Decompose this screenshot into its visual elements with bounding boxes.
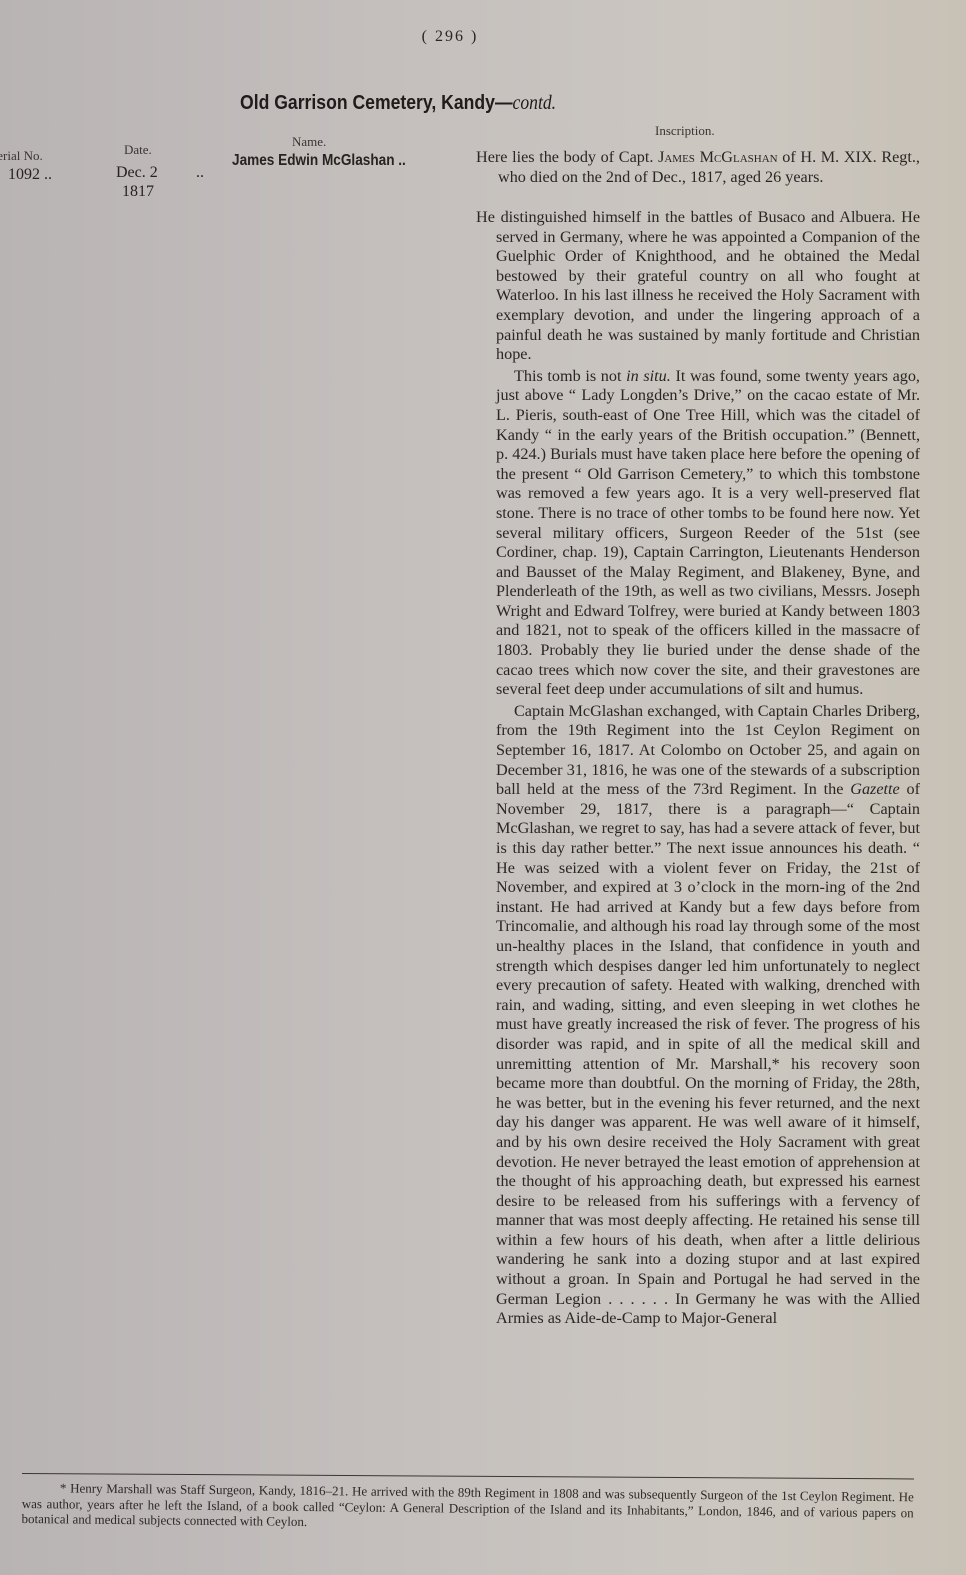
page-title: Old Garrison Cemetery, Kandy—contd. xyxy=(240,92,556,115)
date-leader-dots: .. xyxy=(196,164,204,182)
footnote-divider xyxy=(22,1473,914,1479)
footnote-text: * Henry Marshall was Staff Surgeon, Kand… xyxy=(22,1480,914,1536)
inscription-name: James McGlashan xyxy=(658,148,778,166)
serial-column-header: Serial No. xyxy=(0,148,43,164)
title-contd: contd. xyxy=(513,92,557,114)
inscription: Here lies the body of Capt. James McGlas… xyxy=(476,147,920,187)
note-paragraph-biography: Captain McGlashan exchanged, with Captai… xyxy=(476,702,920,1329)
note-1-text-b: It was found, some twenty years ago, jus… xyxy=(496,367,920,699)
note-2-text-b: of November 29, 1817, there is a paragra… xyxy=(496,780,920,1327)
note-paragraph-location: This tomb is not in situ. It was found, … xyxy=(476,367,920,700)
date-year: 1817 xyxy=(122,183,154,201)
title-main: Old Garrison Cemetery, Kandy— xyxy=(240,92,513,114)
note-1-text-a: This tomb is not xyxy=(514,367,626,385)
page-number: ( 296 ) xyxy=(400,28,500,46)
inscription-text-a: Here lies the body of Capt. xyxy=(476,148,658,166)
inscription-column-header: Inscription. xyxy=(655,123,715,139)
footnote: * Henry Marshall was Staff Surgeon, Kand… xyxy=(22,1480,914,1536)
date-day: Dec. 2 xyxy=(116,164,158,182)
note-1-italic: in situ. xyxy=(626,367,671,385)
deceased-name: James Edwin McGlashan .. xyxy=(232,152,406,170)
serial-number: 1092 .. xyxy=(8,166,52,184)
name-column-header: Name. xyxy=(292,134,326,150)
date-column-header: Date. xyxy=(124,142,152,158)
note-2-italic: Gazette xyxy=(850,780,899,798)
inscription-body: He distinguished himself in the battles … xyxy=(476,208,920,1329)
inscription-epitaph: He distinguished himself in the battles … xyxy=(476,208,920,365)
